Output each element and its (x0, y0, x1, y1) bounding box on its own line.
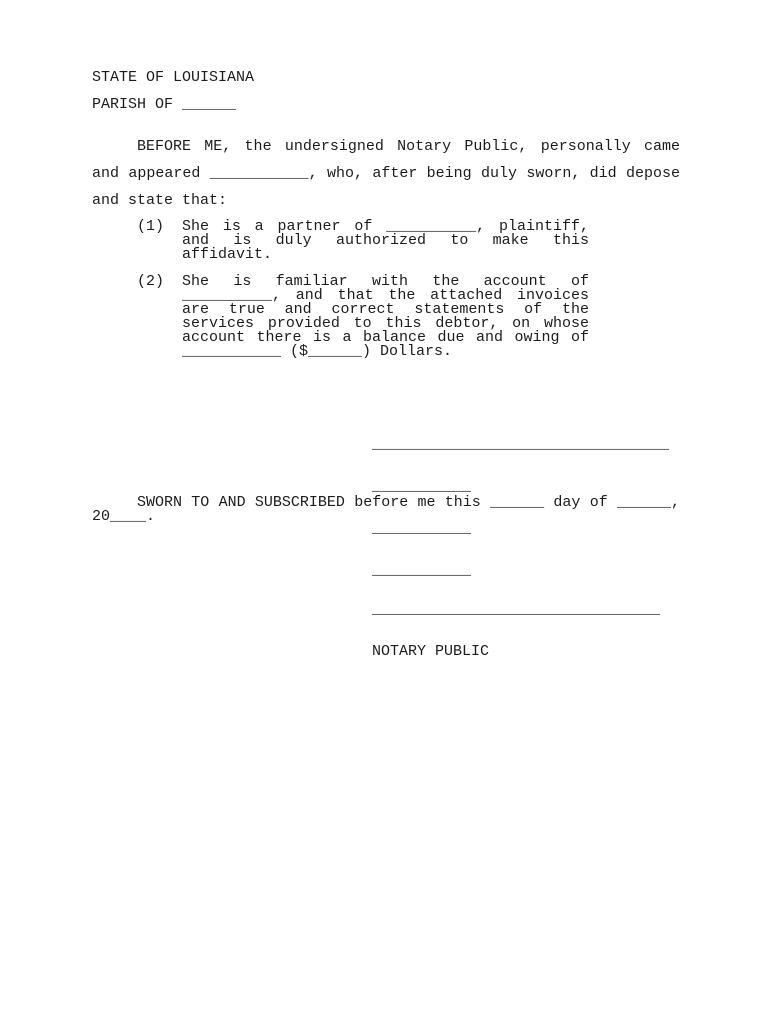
notary-block: ________________________________ NOTARY … (372, 575, 660, 687)
item-2-number: (2) (137, 275, 164, 289)
jurat-paragraph: SWORN TO AND SUBSCRIBED before me this _… (92, 496, 680, 524)
notary-signature-line: ________________________________ (372, 603, 660, 617)
item-2-text: She is familiar with the account of ____… (182, 275, 589, 359)
signature-line-long: _________________________________ (372, 438, 669, 452)
affidavit-item-1: (1) She is a partner of __________, plai… (137, 220, 589, 262)
item-1-number: (1) (137, 220, 164, 234)
parish-line: PARISH OF ______ (92, 98, 236, 112)
notary-label: NOTARY PUBLIC (372, 645, 660, 659)
signature-line-short-1: ___________ (372, 480, 669, 494)
affidavit-item-2: (2) She is familiar with the account of … (137, 275, 589, 359)
affidavit-page: STATE OF LOUISIANA PARISH OF ______ BEFO… (0, 0, 770, 1024)
state-line: STATE OF LOUISIANA (92, 71, 254, 85)
opening-paragraph: BEFORE ME, the undersigned Notary Public… (92, 133, 680, 214)
item-1-text: She is a partner of __________, plaintif… (182, 220, 589, 262)
signature-line-short-2: ___________ (372, 522, 669, 536)
